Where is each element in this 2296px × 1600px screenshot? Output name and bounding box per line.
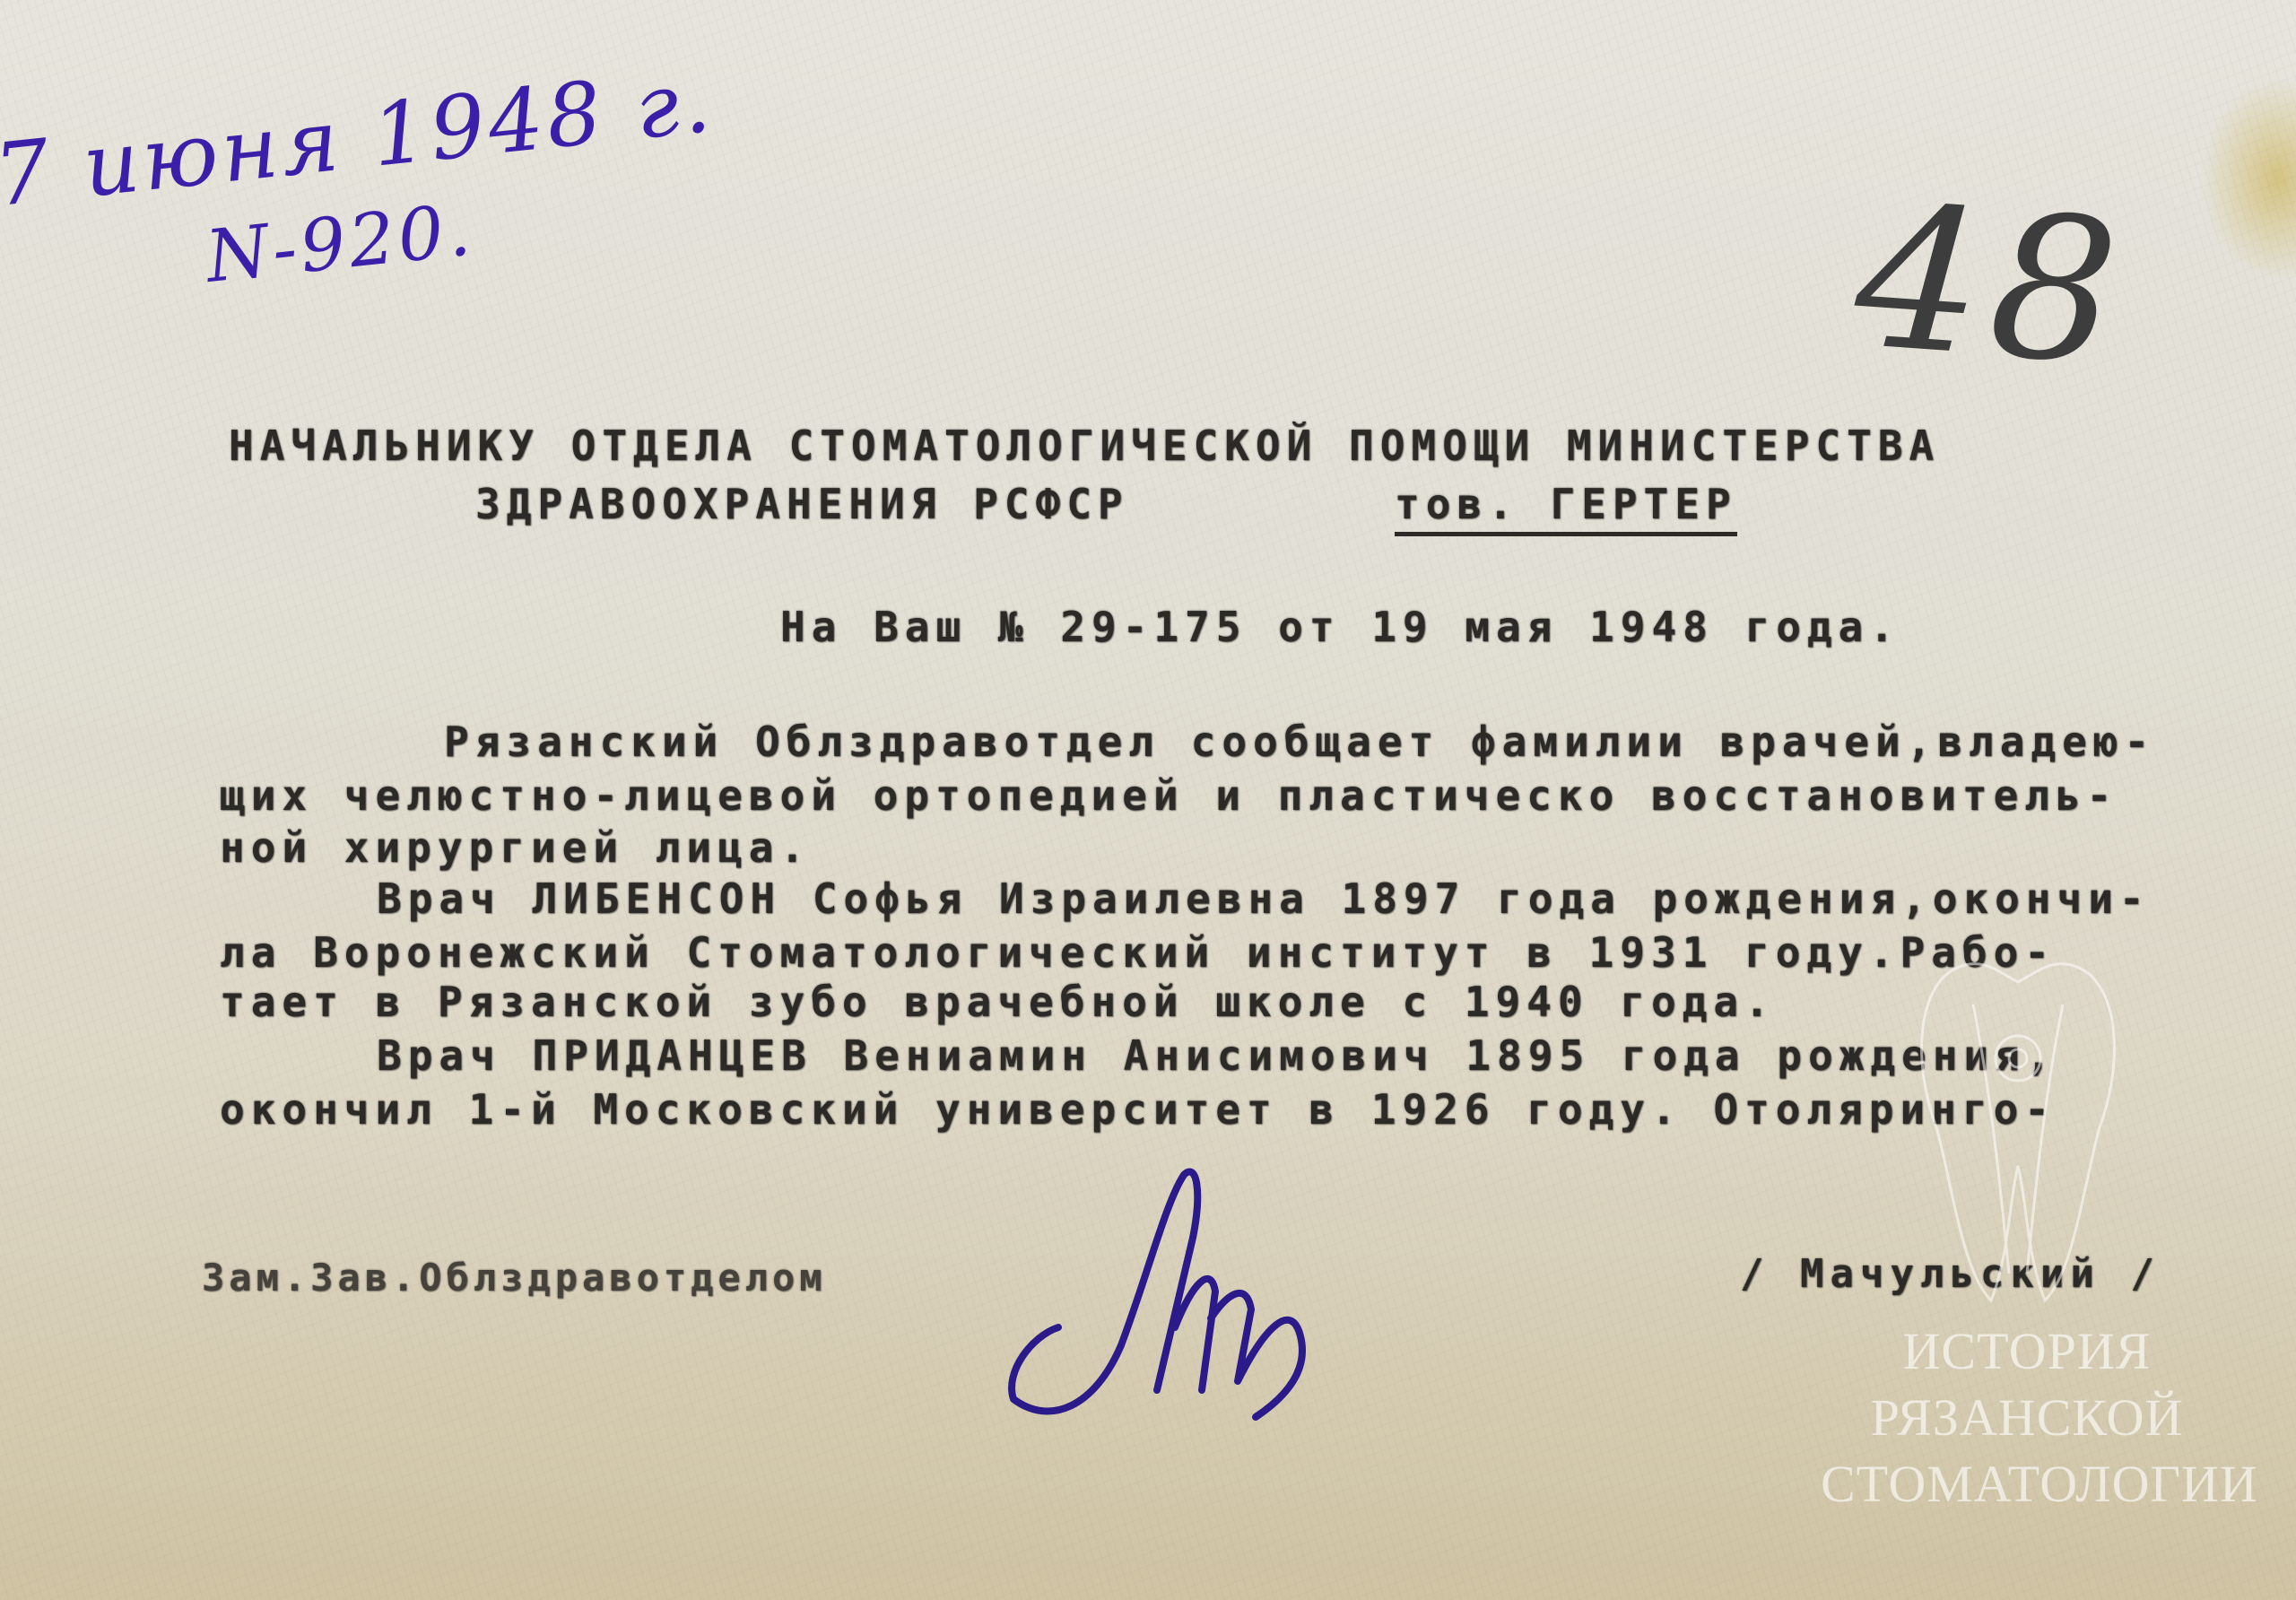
addressee-recipient: тов. ГЕРТЕР: [1395, 480, 1737, 536]
watermark-line: СТОМАТОЛОГИИ: [1821, 1451, 2233, 1517]
body-line: окончил 1-й Московский университет в 192…: [220, 1085, 2056, 1134]
signature-icon: [996, 1166, 1498, 1435]
body-line: Рязанский Облздравотдел сообщает фамилии…: [444, 717, 2155, 766]
reference-line: На Ваш № 29-175 от 19 мая 1948 года.: [780, 603, 1900, 651]
body-line: ла Воронежский Стоматологический институ…: [220, 928, 2056, 977]
addressee-line-2: ЗДРАВООХРАНЕНИЯ РСФСР: [475, 480, 1129, 528]
signatory-title: Зам.Зав.Облздравотделом: [202, 1256, 827, 1300]
watermark-line: РЯЗАНСКОЙ: [1821, 1385, 2233, 1451]
body-line: Врач ПРИДАНЦЕВ Вениамин Анисимович 1895 …: [377, 1031, 2057, 1080]
addressee-line-1: НАЧАЛЬНИКУ ОТДЕЛА СТОМАТОЛОГИЧЕСКОЙ ПОМО…: [229, 422, 1940, 470]
body-line: ной хирургией лица.: [220, 823, 811, 872]
body-line: Врач ЛИБЕНСОН Софья Израилевна 1897 года…: [377, 874, 2151, 923]
watermark-line: ИСТОРИЯ: [1821, 1318, 2233, 1385]
body-line: щих челюстно-лицевой ортопедией и пласти…: [220, 771, 2118, 820]
tooth-emblem-icon: [1901, 933, 2135, 1309]
handwritten-number: N-920.: [202, 187, 477, 299]
folio-number: 48: [1848, 161, 2133, 409]
watermark: ИСТОРИЯ РЯЗАНСКОЙ СТОМАТОЛОГИИ: [1821, 1318, 2233, 1517]
body-line: тает в Рязанской зубо врачебной школе с …: [220, 978, 1776, 1026]
